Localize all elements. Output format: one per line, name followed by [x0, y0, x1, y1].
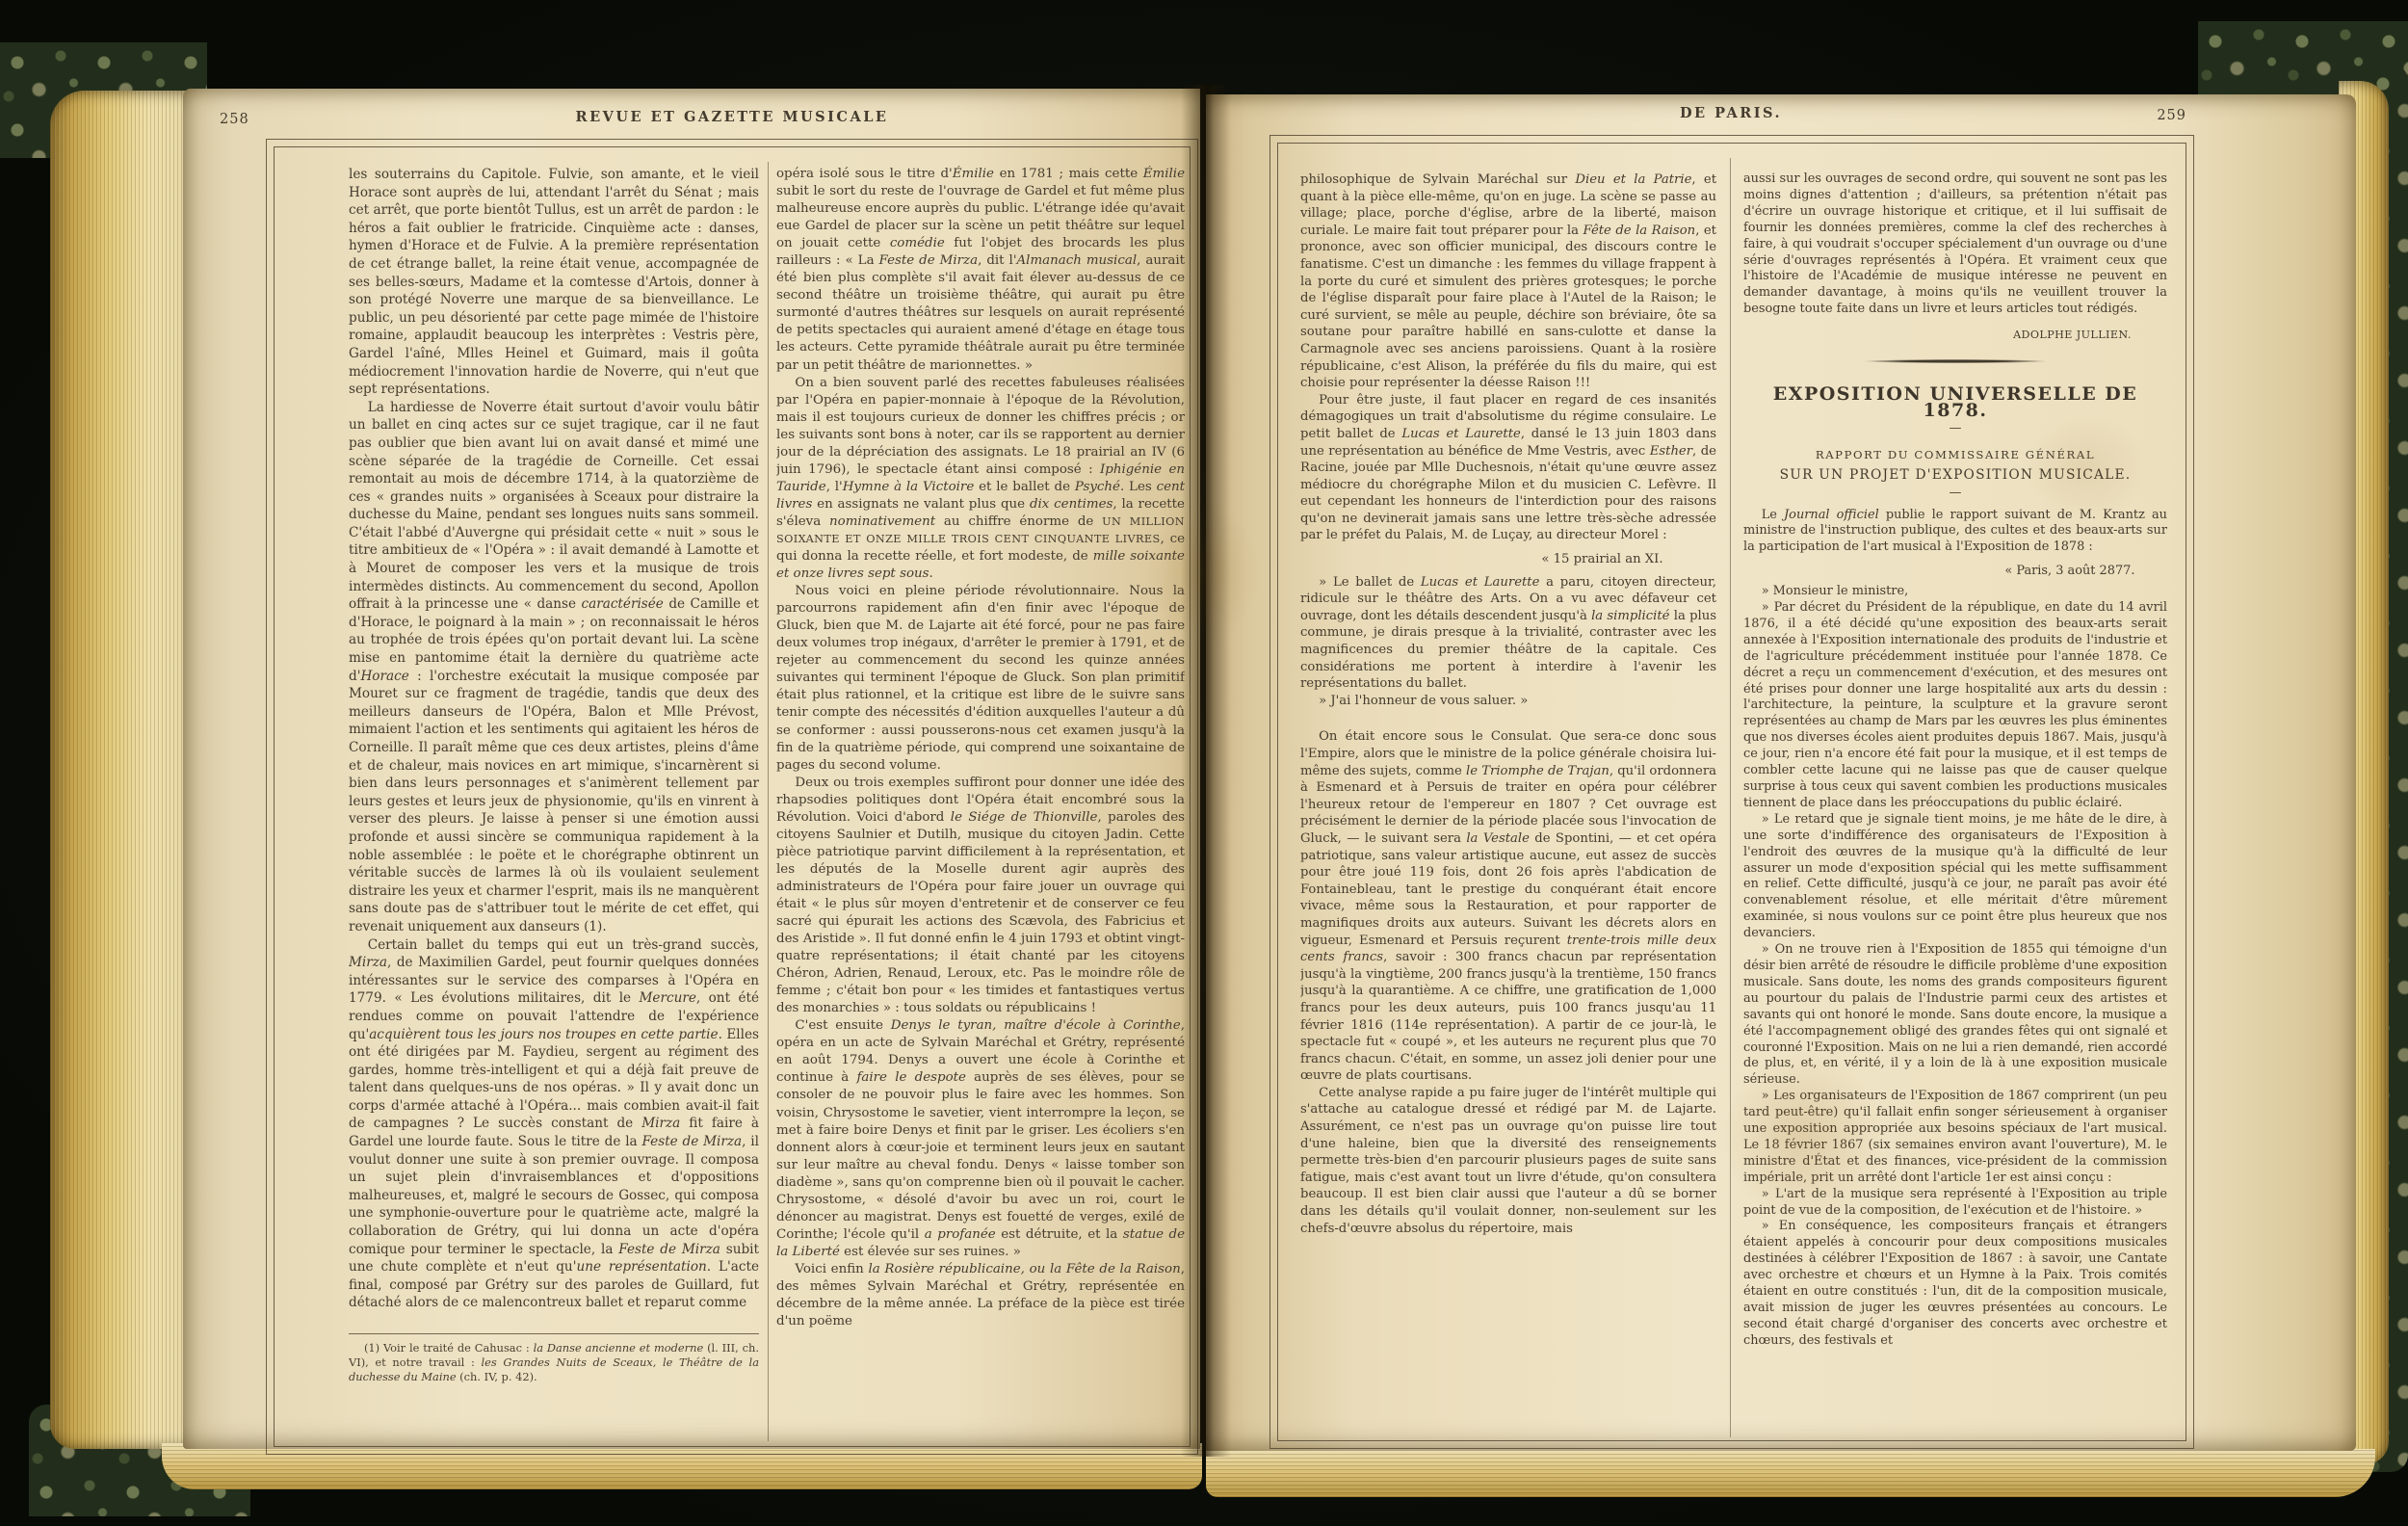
gutter-shadow [1181, 85, 1231, 1457]
paragraph: Cette analyse rapide a pu faire juger de… [1300, 1085, 1716, 1237]
column-divider-left-page [768, 162, 769, 1441]
paragraph: philosophique de Sylvain Maréchal sur Di… [1300, 171, 1716, 392]
footnote: (1) Voir le traité de Cahusac : la Danse… [349, 1341, 759, 1383]
paragraph: » Les organisateurs de l'Exposition de 1… [1743, 1089, 2167, 1186]
paragraph: » J'ai l'honneur de vous saluer. » [1300, 693, 1716, 710]
paragraph: » On ne trouve rien à l'Exposition de 18… [1743, 942, 2167, 1089]
page-number-left: 258 [220, 112, 249, 127]
paragraph: opéra isolé sous le titre d'Émilie en 17… [776, 166, 1185, 375]
paragraph: Deux ou trois exemples suffiront pour do… [776, 775, 1185, 1018]
paragraph: aussi sur les ouvrages de second ordre, … [1743, 171, 2167, 318]
paragraph: » En conséquence, les compositeurs franç… [1743, 1219, 2167, 1349]
paragraph: ADOLPHE JULLIEN. [1743, 328, 2167, 344]
paragraph: C'est ensuite Denys le tyran, maître d'é… [776, 1017, 1185, 1261]
paragraph: SUR UN PROJET D'EXPOSITION MUSICALE. [1743, 467, 2167, 484]
paragraph: « Paris, 3 août 2877. [1743, 564, 2167, 580]
paragraph: — [1743, 486, 2167, 502]
column-divider-right-page [1730, 158, 1731, 1437]
paragraph: On était encore sous le Consulat. Que se… [1300, 728, 1716, 1084]
book-scan-scene: 258 REVUE ET GAZETTE MUSICALE les souter… [0, 0, 2408, 1526]
page-block-bottom-right [1206, 1449, 2375, 1497]
paragraph: On a bien souvent parlé des recettes fab… [776, 375, 1185, 584]
paragraph: « 15 prairial an XI. [1300, 551, 1716, 568]
section-divider [1864, 359, 2047, 363]
paragraph: » L'art de la musique sera représenté à … [1743, 1187, 2167, 1220]
page-number-right: 259 [2119, 108, 2186, 123]
paragraph: Pour être juste, il faut placer en regar… [1300, 392, 1716, 544]
footnote-rule [349, 1333, 759, 1334]
gilt-fore-edge-left [50, 91, 187, 1449]
paragraph: — [1743, 421, 2167, 437]
paragraph: Le Journal officiel publie le rapport su… [1743, 508, 2167, 557]
text-column-2: opéra isolé sous le titre d'Émilie en 17… [776, 166, 1185, 1410]
text-column-3: philosophique de Sylvain Maréchal sur Di… [1300, 171, 1716, 1418]
paragraph: Certain ballet du temps qui eut un très-… [349, 936, 759, 1312]
paragraph: EXPOSITION UNIVERSELLE DE 1878. [1743, 386, 2167, 419]
paragraph: » Monsieur le ministre, [1743, 584, 2167, 600]
running-title-right: DE PARIS. [1269, 105, 2192, 121]
paragraph: RAPPORT DU COMMISSAIRE GÉNÉRAL [1743, 447, 2167, 463]
paragraph: les souterrains du Capitole. Fulvie, son… [349, 166, 759, 399]
paragraph: (1) Voir le traité de Cahusac : la Danse… [349, 1341, 759, 1383]
paragraph: La hardiesse de Noverre était surtout d'… [349, 399, 759, 936]
paragraph: » Le retard que je signale tient moins, … [1743, 812, 2167, 942]
running-title-left: REVUE ET GAZETTE MUSICALE [266, 109, 1198, 125]
paragraph: » Par décret du Président de la républiq… [1743, 600, 2167, 812]
paragraph: Nous voici en pleine période révolutionn… [776, 583, 1185, 775]
paragraph: Voici enfin la Rosière républicaine, ou … [776, 1261, 1185, 1330]
text-column-1: les souterrains du Capitole. Fulvie, son… [349, 166, 759, 1328]
paragraph: » Le ballet de Lucas et Laurette a paru,… [1300, 574, 1716, 693]
text-column-4: aussi sur les ouvrages de second ordre, … [1743, 171, 2167, 1414]
